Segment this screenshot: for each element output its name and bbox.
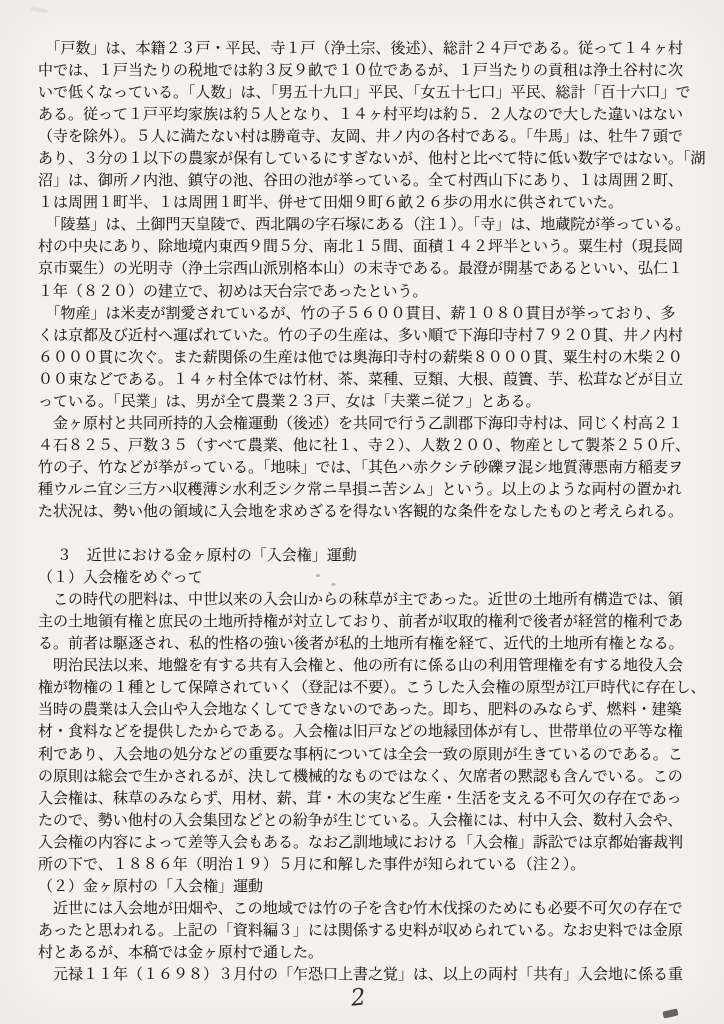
text-line: る。前者は駆逐され、私的性格の強い後者が私的土地所有権を経て、近代的土地所有権と… [38, 633, 700, 655]
subsection-1-heading: （１）入会権をめぐって [38, 567, 700, 589]
text-line: 「陵墓」は、土御門天皇陵で、西北隅の字石塚にある（注１）。「寺」は、地蔵院が挙っ… [38, 214, 700, 236]
text-line: 元禄１１年（１６９８）３月付の「乍恐口上書之覚」は、以上の両村「共有」入会地に係… [38, 964, 700, 986]
text-line: １年（８２０）の建立で、初めは天台宗であったという。 [38, 281, 700, 303]
section-heading: ３ 近世における金ヶ原村の「入会権」運動 [38, 545, 700, 567]
text-line: ００束などである。１４ヶ村全体では竹材、茶、菜種、豆類、大根、葭簀、芋、松茸など… [38, 369, 700, 391]
document-text-block: 「戸数」は、本籍２３戸・平民、寺１戸（浄土宗、後述）、総計２４戸である。従って１… [38, 38, 700, 986]
text-line: 材・食料などを提供したからである。入会権は旧戸などの地縁団体が有し、世帯単位の平… [38, 721, 700, 743]
text-line: たので、勢い他村の入会集団などとの紛争が生じている。入会権には、村中入会、数村入… [38, 810, 700, 832]
text-line: あり、３分の１以下の農家が保有しているにすぎないが、他村と比べて特に低い数字では… [38, 148, 700, 170]
scan-smudge [30, 7, 48, 13]
text-line: １は周囲１町半、１は周囲１町半、併せて田畑９町６畝２６歩の用水に供されていた。 [38, 192, 700, 214]
text-line: あったと思われる。上記の「資料編３」には関係する史料が収められている。なお史料で… [38, 920, 700, 942]
text-line: ある。従って１戸平均家族は約５人となり、１４ヶ村平均は約５．２人なので大した違い… [38, 104, 700, 126]
text-line: 当時の農業は入会山や入会地なくしてできないのであった。即ち、肥料のみならず、燃料… [38, 699, 700, 721]
text-line: ６０００貫に次ぐ。また薪関係の生産は他では奥海印寺村の薪柴８０００貫、粟生村の木… [38, 347, 700, 369]
text-line: 近世には入会地が田畑や、この地域では竹の子を含む竹木伐採のためにも必要不可欠の存… [38, 898, 700, 920]
text-line: 京市粟生）の光明寺（浄土宗西山派別格本山）の末寺である。最澄が開基であるといい、… [38, 258, 700, 280]
text-line: 利であり、入会地の処分などの重要な事柄については全会一致の原則が生きているのであ… [38, 744, 700, 766]
text-line: くは京都及び近村へ運ばれていた。竹の子の生産は、多い順で下海印寺村７９２０貫、井… [38, 325, 700, 347]
text-line: た状況は、勢い他の領域に入会地を求めざるを得ない客観的な条件をなしたものと考えら… [38, 501, 700, 523]
text-line: 主の土地領有権と庶民の土地所持権が対立しており、前者が収取的権利で後者が経営的権… [38, 611, 700, 633]
text-line: 村の中央にあり、除地境内東西９間５分、南北１５間、面積１４２坪半という。粟生村（… [38, 236, 700, 258]
text-line: （寺を除外）。５人に満たない村は勝竜寺、友岡、井ノ内の各村である。「牛馬」は、牡… [38, 126, 700, 148]
text-line: 中では、１戸当たりの税地では約３反９畝で１０位であるが、１戸当たりの貢租は浄土谷… [38, 60, 700, 82]
text-line: 村とあるが、本稿では金ヶ原村で通した。 [38, 942, 700, 964]
scan-ink-mark [662, 1009, 678, 1019]
text-line: 金ヶ原村と共同所持的入会権運動（後述）を共同で行う乙訓郡下海印寺村は、同じく村高… [38, 413, 700, 435]
text-line: 種ウルニ宜シ三方ハ収穫薄シ水利乏シク常ニ旱損ニ苦シム」という。以上のような両村の… [38, 479, 700, 501]
blank-line [38, 523, 700, 545]
text-line: 沼」は、御所ノ内池、鎮守の池、谷田の池が挙っている。全て村西山下にあり、１は周囲… [38, 170, 700, 192]
page-number: 2 [350, 984, 367, 1011]
text-line: 竹の子、竹などが挙がっている。「地味」では、「其色ハ赤クシテ砂礫ヲ混シ地質薄悪南… [38, 457, 700, 479]
text-line: の原則は総会で生かされるが、決して機械的なものではなく、欠席者の黙認も含んでいる… [38, 766, 700, 788]
text-line: 所の下で、１８８６年（明治１９）５月に和解した事件が知られている（注２）。 [38, 854, 700, 876]
text-line: この時代の肥料は、中世以来の入会山からの秣草が主であった。近世の土地所有構造では… [38, 589, 700, 611]
subsection-2-heading: （２）金ヶ原村の「入会権」運動 [38, 876, 700, 898]
text-line: 明治民法以来、地盤を有する共有入会権と、他の所有に係る山の利用管理権を有する地役… [38, 655, 700, 677]
text-line: 入会権の内容によって差等入会もある。なお乙訓地域における「入会権」訴訟では京都始… [38, 832, 700, 854]
text-line: 「物産」は米麦が割愛されているが、竹の子５６００貫目、薪１０８０貫目が挙っており… [38, 303, 700, 325]
text-line: っている。「民業」は、男が全て農業２３戸、女は「夫業ニ従フ」とある。 [38, 391, 700, 413]
text-line: いで低くなっている。「人数」は、「男五十九口」平民、「女五十七口」平民、総計「百… [38, 82, 700, 104]
text-line: 権が物権の１種として保障されていく（登記は不要）。こうした入会権の原型が江戸時代… [38, 677, 700, 699]
text-line: 「戸数」は、本籍２３戸・平民、寺１戸（浄土宗、後述）、総計２４戸である。従って１… [38, 38, 700, 60]
text-line: 入会権は、秣草のみならず、用材、薪、茸・木の実など生産・生活を支える不可欠の存在… [38, 788, 700, 810]
text-line: ４石８２５、戸数３５（すべて農業、他に社１、寺２）、人数２００、物産として製茶２… [38, 435, 700, 457]
scanned-document-page: 「戸数」は、本籍２３戸・平民、寺１戸（浄土宗、後述）、総計２４戸である。従って１… [0, 0, 724, 1024]
